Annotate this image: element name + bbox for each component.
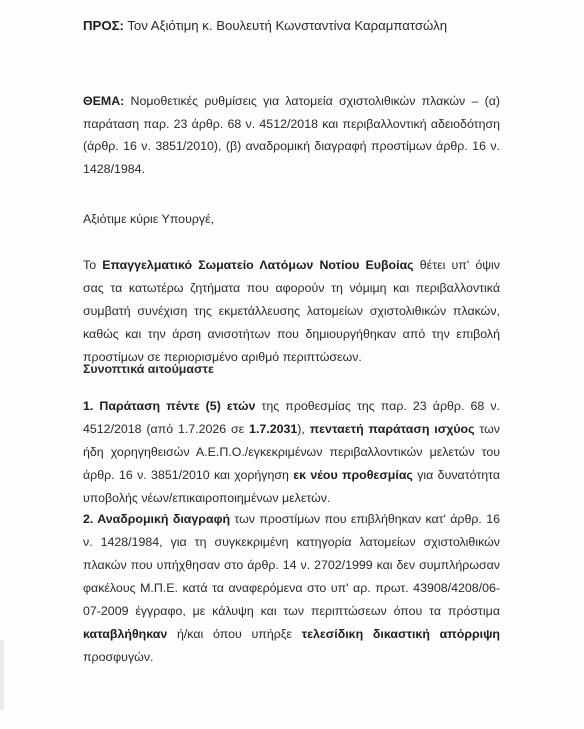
subject-text: Νομοθετικές ρυθμίσεις για λατομεία σχιστ… [83,94,500,176]
subject-paragraph: ΘΕΜΑ: Νομοθετικές ρυθμίσεις για λατομεία… [83,90,500,180]
body-text: ), [297,422,309,436]
emphasis-text: καταβλήθηκαν [83,627,167,641]
intro-pre: Το [83,258,102,272]
emphasis-text: 1. Παράταση πέντε (5) ετών [83,399,255,413]
emphasis-text: 1.7.2031 [249,422,297,436]
request-item-2: 2. Αναδρομική διαγραφή των προστίμων που… [83,508,500,669]
emphasis-text: τελεσίδικη δικαστική απόρριψη [302,627,500,641]
intro-post: θέτει υπ' όψιν σας τα κατωτέρω ζητήματα … [83,258,500,364]
subject-label: ΘΕΜΑ: [83,94,124,108]
body-text: ή/και όπου υπήρξε [167,627,301,641]
scan-edge [0,640,4,710]
organization-name: Επαγγελματικό Σωματείο Λατόμων Νοτίου Ευ… [102,258,413,272]
recipient-text: Τον Αξιότιμη κ. Βουλευτή Κωνσταντίνα Καρ… [124,18,447,33]
document-page: ΠΡΟΣ: Τον Αξιότιμη κ. Βουλευτή Κωνσταντί… [0,0,584,729]
intro-paragraph: Το Επαγγελματικό Σωματείο Λατόμων Νοτίου… [83,254,500,369]
body-text: προσφυγών. [83,650,153,664]
greeting: Αξιότιμε κύριε Υπουργέ, [83,212,500,226]
recipient-label: ΠΡΟΣ: [83,18,124,33]
body-text: των προστίμων που επιβλήθηκαν κατ' άρθρ.… [83,512,500,618]
emphasis-text: εκ νέου προθεσμίας [293,468,413,482]
summary-heading: Συνοπτικά αιτούμαστε [83,362,500,376]
recipient-line: ΠΡΟΣ: Τον Αξιότιμη κ. Βουλευτή Κωνσταντί… [83,18,500,33]
emphasis-text: 2. Αναδρομική διαγραφή [83,512,230,526]
emphasis-text: πενταετή παράταση ισχύος [310,422,475,436]
request-item-1: 1. Παράταση πέντε (5) ετών της προθεσμία… [83,395,500,510]
